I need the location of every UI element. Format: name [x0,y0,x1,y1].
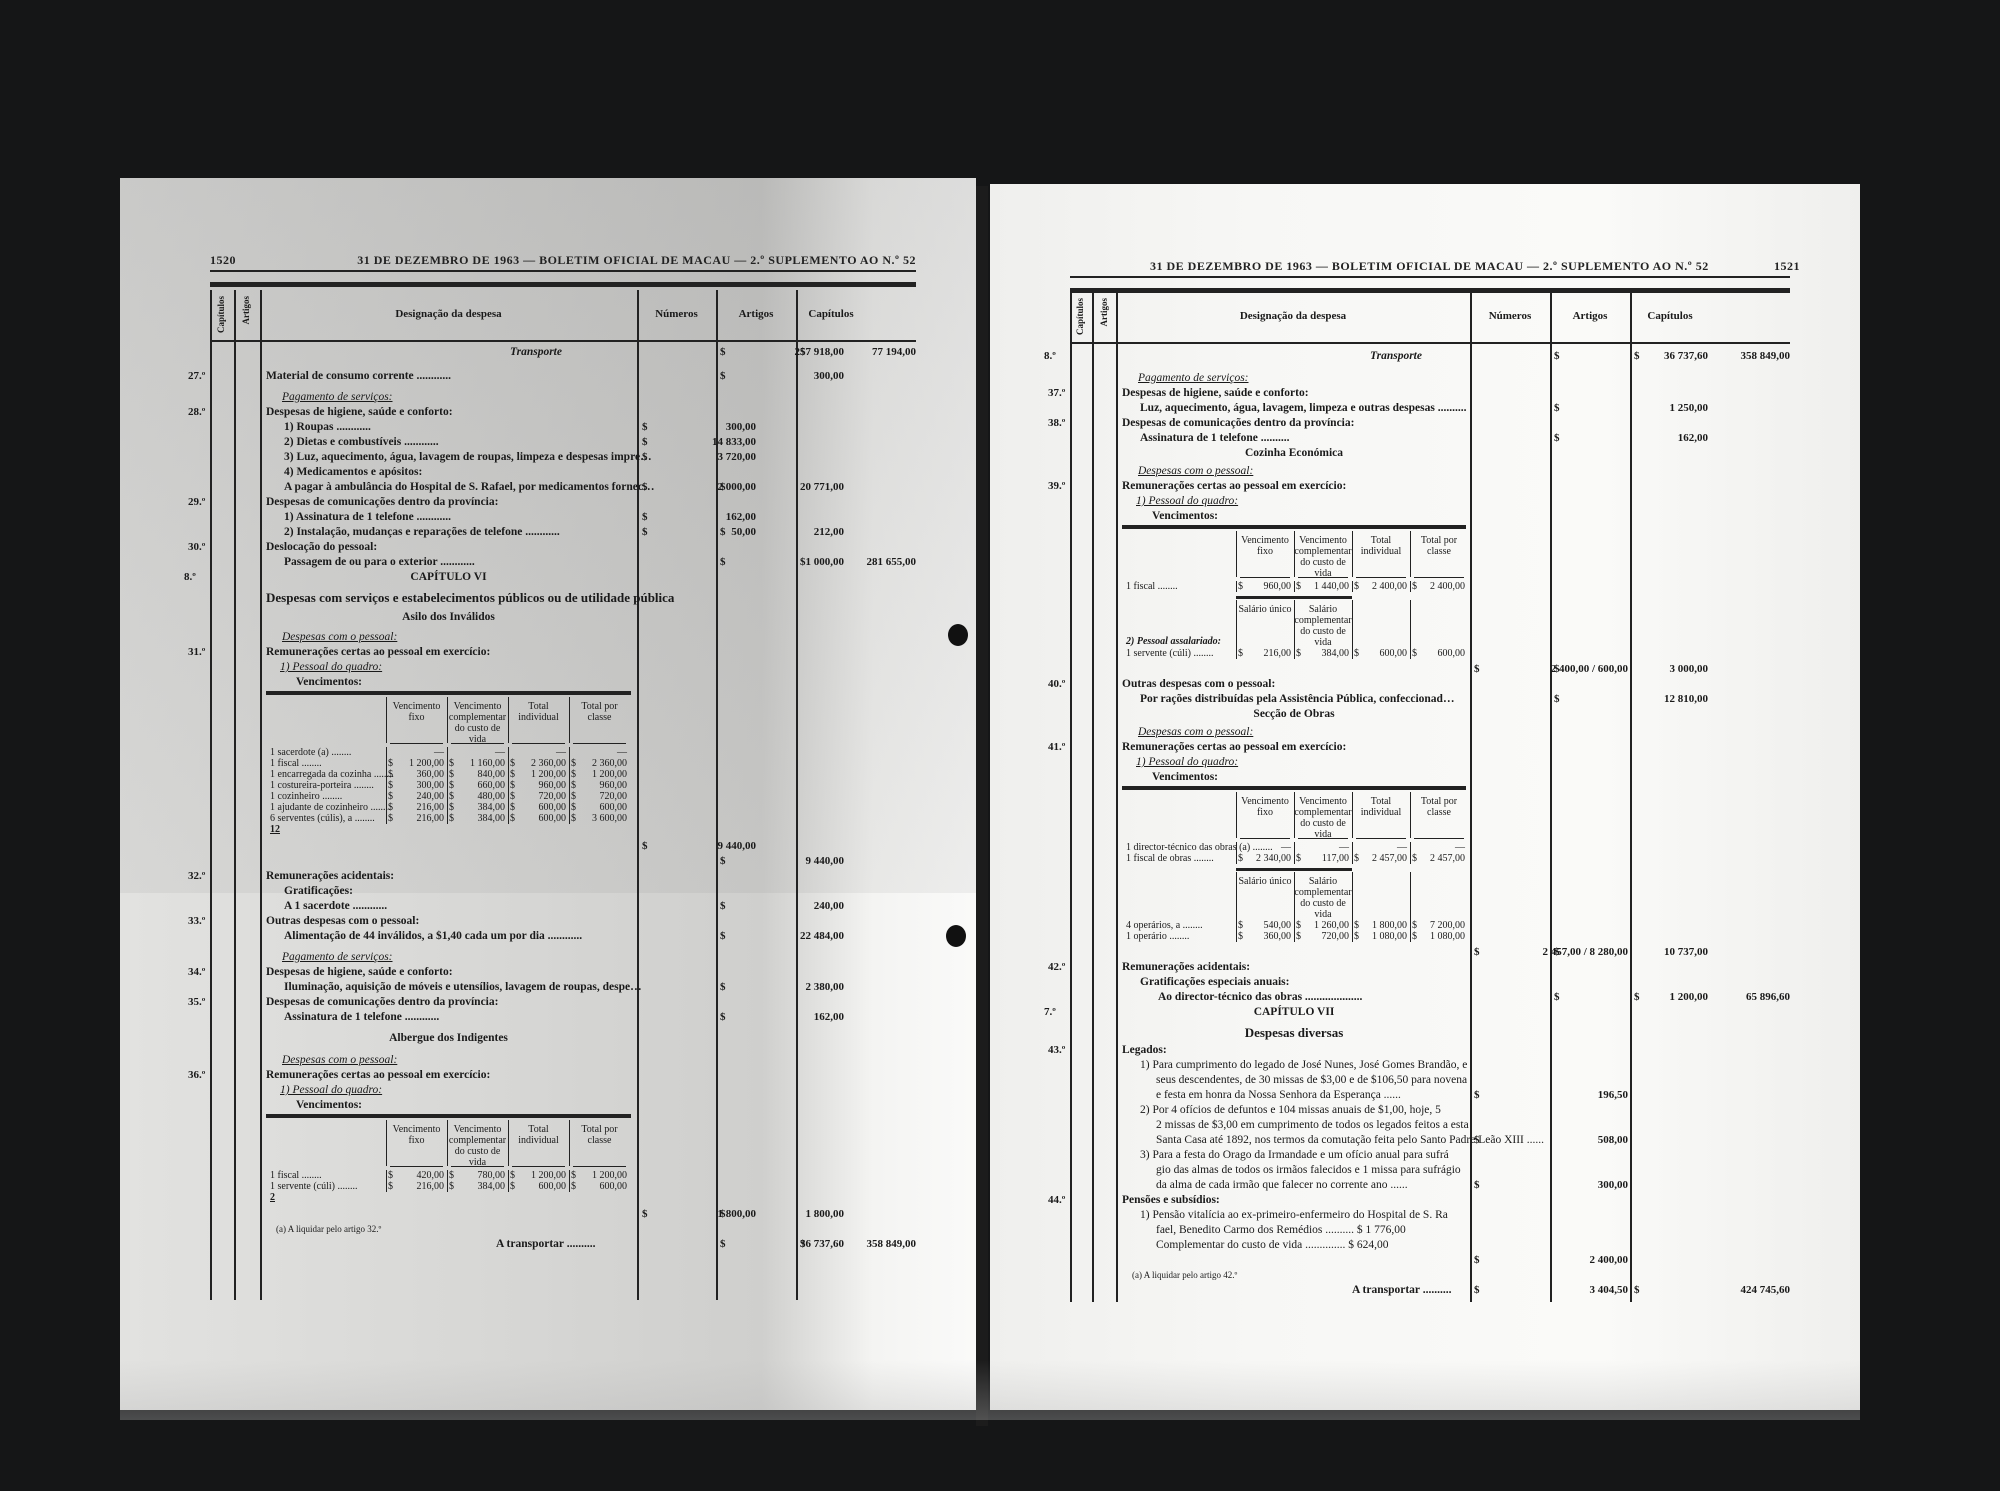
column-divider [447,802,448,813]
table-rule [1122,525,1466,529]
description: A 1 sacerdote ............ [284,900,387,913]
column-divider [386,697,387,743]
description: 2 missas de $3,00 em cumprimento de todo… [1156,1119,1469,1132]
artigos-amount: 2 380,00 [806,981,845,994]
column-divider [569,1120,570,1166]
article-number: 37.º [1048,387,1065,400]
dollar-sign: $ [1474,663,1480,676]
column-divider [508,780,509,791]
salary-indiv: 1 200,00 [508,1170,566,1181]
dollar-sign: $ [642,526,648,539]
column-divider [386,769,387,780]
description: Vencimentos: [1152,510,1218,523]
header-rule [1356,838,1406,839]
salary-fixo: 216,00 [1236,648,1291,659]
salary-fixo: — [1236,842,1291,853]
dollar-sign: $ [1474,1254,1480,1267]
column-divider [386,747,387,758]
header-rule [451,1166,504,1167]
salary-classe: — [1410,842,1465,853]
artigos-amount: 20 771,00 [800,481,844,494]
column-divider [386,1181,387,1192]
description: 4) Medicamentos e apósitos: [284,466,422,479]
column-header: Salário único [1236,604,1294,615]
dollar-sign: $ [1554,946,1560,959]
ledger-header: Capítulos Artigos Designação da despesa … [210,290,916,342]
salary-compl: 384,00 [447,802,505,813]
dollar-sign: $ [642,1208,648,1221]
header-rule [390,743,443,744]
salary-table: Vencimento fixoVencimento complementar d… [1122,525,1466,659]
salary-classe: 1 080,00 [1410,931,1465,942]
table-rule [266,691,631,695]
column-divider [1294,600,1295,648]
dollar-sign: $ [720,481,726,494]
column-divider [569,813,570,824]
description: Remunerações certas ao pessoal em exercí… [1122,741,1346,754]
dollar-sign: $ [642,511,648,524]
col-capitulos-amt: Capítulos [796,308,866,320]
staff-label: 1 servente (cúli) ........ [270,1181,357,1192]
artigos-amount: 1 800,00 [806,1208,845,1221]
column-divider [1410,581,1411,592]
description: Despesas com o pessoal: [282,631,397,644]
description: Por rações distribuídas pela Assistência… [1140,693,1454,706]
dollar-sign: $ [1554,432,1560,445]
description: 1) Pessoal do quadro: [280,1084,382,1097]
column-header: Salário único [1236,876,1294,887]
column-header: Total por classe [569,1124,630,1146]
numeros-amount: 300,00 [1598,1179,1628,1192]
header-rule [1356,577,1406,578]
dollar-sign: $ [1554,991,1560,1004]
article-number: 40.º [1048,678,1065,691]
numeros-amount: 14 833,00 [712,436,756,449]
description: Remunerações certas ao pessoal em exercí… [266,646,490,659]
numeros-amount: 3 404,50 [1590,1284,1629,1297]
header-title: 31 DE DEZEMBRO DE 1963 — BOLETIM OFICIAL… [357,253,916,268]
column-divider [1236,931,1237,942]
description: Passagem de ou para o exterior .........… [284,556,475,569]
column-divider [569,697,570,743]
column-divider [569,802,570,813]
column-divider [1236,581,1237,592]
article-number: 43.º [1048,1044,1065,1057]
column-divider [508,747,509,758]
column-divider [447,1181,448,1192]
column-divider [1236,648,1237,659]
column-divider [447,758,448,769]
description: Remunerações certas ao pessoal em exercí… [1122,480,1346,493]
column-divider [508,791,509,802]
article-number: 35.º [188,996,205,1009]
artigos-amount: 1 000,00 [806,556,845,569]
column-header: Vencimento complementar do custo de vida [447,701,508,745]
description: Legados: [1122,1044,1167,1057]
salary-fixo: 360,00 [1236,931,1291,942]
description: Despesas de comunicações dentro da proví… [266,496,498,509]
article-number: 39.º [1048,480,1065,493]
col-artigos: Artigos [241,296,251,325]
salary-fixo: 360,00 [386,769,444,780]
salary-indiv: — [1352,842,1407,853]
col-artigos-amt: Artigos [716,308,796,320]
dollar-sign: $ [642,451,648,464]
salary-compl: 117,00 [1294,853,1349,864]
description: Vencimentos: [296,1099,362,1112]
description: 1) Pessoal do quadro: [280,661,382,674]
salary-classe: 1 200,00 [569,1170,627,1181]
column-divider [1410,792,1411,838]
capitulos-amount: 65 896,60 [1746,991,1790,1004]
description: Gratificações: [284,885,353,898]
staff-label: 1 sacerdote (a) ........ [270,747,351,758]
staff-label: 1 encarregada da cozinha ........ [270,769,394,780]
description: da alma de cada irmão que falecer no cor… [1156,1179,1408,1192]
salary-fixo: 1 200,00 [386,758,444,769]
header-rule [573,1166,626,1167]
column-divider [1236,853,1237,864]
header-rule [1240,577,1290,578]
salary-fixo: 300,00 [386,780,444,791]
description: Asilo dos Inválidos [266,611,631,624]
dollar-sign: $ [1634,1284,1640,1297]
staff-label: 6 serventes (cúlis), a ........ [270,813,375,824]
column-divider [386,1170,387,1181]
staff-label: 1 ajudante de cozinheiro ........ [270,802,391,813]
description: Secção de Obras [1122,708,1466,721]
col-numeros: Números [637,308,716,320]
staff-label: 1 operário ........ [1126,931,1189,942]
salary-compl: 780,00 [447,1170,505,1181]
article-number: 29.º [188,496,205,509]
description: 3) Para a festa do Orago da Irmandade e … [1140,1149,1449,1162]
description: Despesas de higiene, saúde e conforto: [266,406,453,419]
salary-indiv: 2 457,00 [1352,853,1407,864]
salary-compl: — [1294,842,1349,853]
column-header: Total por classe [1410,796,1468,818]
artigos-amount: 162,00 [1678,432,1708,445]
chapter-number: 7.º [1044,1006,1056,1019]
description: Ao director-técnico das obras ..........… [1158,991,1362,1004]
description: Despesas com serviços e estabelecimentos… [266,591,631,604]
column-divider [386,758,387,769]
description: 1) Roupas ............ [284,421,371,434]
description: Despesas com o pessoal: [1138,726,1253,739]
column-divider [1294,842,1295,853]
artigos-amount: 1 250,00 [1670,402,1709,415]
salary-classe: — [569,747,627,758]
header-title: 31 DE DEZEMBRO DE 1963 — BOLETIM OFICIAL… [1150,259,1709,274]
column-divider [447,769,448,780]
article-number: 30.º [188,541,205,554]
numeros-amount: 300,00 [726,421,756,434]
salary-compl: 384,00 [447,813,505,824]
table-rule [1122,786,1466,790]
dollar-sign: $ [1474,1179,1480,1192]
dollar-sign: $ [642,840,648,853]
capitulos-amount: 358 849,00 [867,1238,917,1251]
staff-count: 12 [270,824,280,835]
description: (a) A liquidar pelo artigo 42.º [1132,1269,1237,1282]
salary-fixo: 240,00 [386,791,444,802]
description: Outras despesas com o pessoal: [266,915,419,928]
article-number: 33.º [188,915,205,928]
col-capitulos: Capítulos [1075,298,1085,335]
description: 2) Dietas e combustíveis ............ [284,436,439,449]
column-header: Total individual [1352,535,1410,557]
column-header: Vencimento fixo [1236,535,1294,557]
column-divider [1294,648,1295,659]
column-header: Total individual [1352,796,1410,818]
salary-classe: 3 600,00 [569,813,627,824]
column-divider [1410,931,1411,942]
salary-compl: 1 260,00 [1294,920,1349,931]
description: 1) Pessoal do quadro: [1136,495,1238,508]
dollar-sign: $ [720,981,726,994]
artigos-amount: 162,00 [814,1011,844,1024]
description: Luz, aquecimento, água, lavagem, limpeza… [1140,402,1466,415]
description: Complementar do custo de vida ..........… [1156,1239,1389,1252]
artigos-amount: 36 737,60 [800,1238,844,1251]
description: Despesas com o pessoal: [282,1054,397,1067]
salary-compl: 840,00 [447,769,505,780]
description: Remunerações acidentais: [266,870,394,883]
dollar-sign: $ [720,1011,726,1024]
column-header: Total por classe [569,701,630,723]
staff-count: 2 [270,1192,275,1203]
header-rule [1298,577,1348,578]
column-divider [1410,872,1411,920]
dollar-sign: $ [720,930,726,943]
salary-classe: 720,00 [569,791,627,802]
salary-indiv: 600,00 [1352,648,1407,659]
description: CAPÍTULO VI [266,571,631,584]
column-divider [1294,531,1295,577]
column-divider [1352,853,1353,864]
column-header: Vencimento fixo [386,1124,447,1146]
column-divider [569,780,570,791]
salary-indiv: 960,00 [508,780,566,791]
numeros-amount: 2 400,00 / 600,00 [1551,663,1628,676]
description: 2) Instalação, mudanças e reparações de … [284,526,560,539]
salary-compl: 720,00 [1294,931,1349,942]
header-rule [451,743,504,744]
artigos-amount: 240,00 [814,900,844,913]
artigos-amount: 1 200,00 [1670,991,1709,1004]
description: Pagamento de serviços: [282,391,393,404]
article-number: 36.º [188,1069,205,1082]
header-rule [573,743,626,744]
ledger-table: Capítulos Artigos Designação da despesa … [210,290,916,1300]
page-number: 1520 [210,253,236,268]
column-header: Total individual [508,701,569,723]
description: Material de consumo corrente ...........… [266,370,451,383]
column-divider [569,747,570,758]
description: Santa Casa até 1892, nos termos da comut… [1156,1134,1544,1147]
staff-label: 1 fiscal ........ [270,1170,322,1181]
salary-compl: — [447,747,505,758]
column-header: Salário complementar do custo de vida [1294,604,1352,648]
column-divider [1294,920,1295,931]
dollar-sign: $ [1474,1089,1480,1102]
header-rule [512,1166,565,1167]
column-divider [1236,531,1237,577]
description: Pagamento de serviços: [1138,372,1249,385]
header-rule [512,743,565,744]
description: Assinatura de 1 telefone ............ [284,1011,439,1024]
col-artigos: Artigos [1099,298,1109,327]
column-divider [1410,920,1411,931]
column-divider [1236,872,1237,920]
staff-label: 1 cozinheiro ........ [270,791,342,802]
description: Despesas diversas [1122,1026,1466,1039]
salary-compl: 1 160,00 [447,758,505,769]
header-rule [1240,838,1290,839]
column-divider [1294,581,1295,592]
description: 3) Luz, aquecimento, água, lavagem de ro… [284,451,652,464]
col-artigos-amt: Artigos [1550,310,1630,322]
dollar-sign: $ [1554,663,1560,676]
artigos-amount: 10 737,00 [1664,946,1708,959]
artigos-amount: 300,00 [814,370,844,383]
staff-label: 1 costureira-porteira ........ [270,780,374,791]
salary-compl: 480,00 [447,791,505,802]
salary-indiv: 720,00 [508,791,566,802]
staff-label: 1 fiscal de obras ........ [1126,853,1214,864]
description: Cozinha Económica [1122,447,1466,460]
binding-gutter [976,186,988,1426]
salary-fixo: 2 340,00 [1236,853,1291,864]
column-header: Salário complementar do custo de vida [1294,876,1352,920]
punch-hole [946,925,966,947]
numeros-amount: 162,00 [726,511,756,524]
salary-fixo: 216,00 [386,1181,444,1192]
salary-classe: 2 457,00 [1410,853,1465,864]
page-number: 1521 [1774,259,1800,274]
salary-table: Vencimento fixoVencimento complementar d… [266,691,631,836]
salary-classe: 600,00 [569,802,627,813]
column-divider [1410,842,1411,853]
column-divider [1352,581,1353,592]
column-divider [386,813,387,824]
description: 1) Para cumprimento do legado de José Nu… [1140,1059,1467,1072]
dollar-sign: $ [1554,402,1560,415]
description: gio das almas de todos os irmãos falecid… [1156,1164,1461,1177]
salary-compl: 384,00 [1294,648,1349,659]
column-divider [508,1170,509,1181]
chapter-number: 8.º [184,571,196,584]
header-rule [1298,838,1348,839]
article-number: 41.º [1048,741,1065,754]
column-header: Vencimento fixo [1236,796,1294,818]
column-divider [1352,842,1353,853]
description: 1) Pensão vitalícia ao ex-primeiro-enfer… [1140,1209,1448,1222]
description: Vencimentos: [296,676,362,689]
column-divider [386,780,387,791]
salary-fixo: 960,00 [1236,581,1291,592]
description: A pagar à ambulância do Hospital de S. R… [284,481,654,494]
salary-fixo: 216,00 [386,802,444,813]
column-divider [569,1170,570,1181]
running-header: 1520 31 DE DEZEMBRO DE 1963 — BOLETIM OF… [210,253,916,268]
column-divider [386,1120,387,1166]
column-divider [1294,931,1295,942]
dollar-sign: $ [1474,1284,1480,1297]
ledger-header: Capítulos Artigos Designação da despesa … [1070,292,1790,344]
salary-compl: 384,00 [447,1181,505,1192]
column-header: Vencimento complementar do custo de vida [447,1124,508,1168]
description: Vencimentos: [1152,771,1218,784]
scan-shadow [120,1360,1860,1420]
header-rule [1414,838,1464,839]
column-divider [508,697,509,743]
column-divider [1410,531,1411,577]
column-divider [1294,872,1295,920]
column-divider [508,1181,509,1192]
description: Remunerações certas ao pessoal em exercí… [266,1069,490,1082]
description: e festa em honra da Nossa Senhora da Esp… [1156,1089,1401,1102]
description: 1) Pessoal do quadro: [1136,756,1238,769]
dollar-sign: $ [720,526,726,539]
header-rule [1414,577,1464,578]
column-divider [1236,920,1237,931]
staff-label: 1 fiscal ........ [1126,581,1178,592]
dollar-sign: $ [1474,1134,1480,1147]
article-number: 34.º [188,966,205,979]
numeros-amount: 196,50 [1598,1089,1628,1102]
numeros-amount: 3 720,00 [718,451,757,464]
salary-indiv: 2 400,00 [1352,581,1407,592]
salary-classe: 600,00 [569,1181,627,1192]
salary-classe: 2 360,00 [569,758,627,769]
salary-indiv: 600,00 [508,813,566,824]
salary-fixo: 540,00 [1236,920,1291,931]
salary-table: Vencimento fixoVencimento complementar d… [1122,786,1466,942]
description: Pagamento de serviços: [282,951,393,964]
description: A transportar .......... [1352,1284,1451,1297]
dollar-sign: $ [642,481,648,494]
description: (a) A liquidar pelo artigo 32.º [276,1223,381,1236]
dollar-sign: $ [1554,693,1560,706]
header-rule [210,270,916,287]
col-capitulos-amt: Capítulos [1630,310,1710,322]
column-divider [569,758,570,769]
header-rule [1070,276,1790,293]
dollar-sign: $ [720,855,726,868]
column-divider [386,802,387,813]
header-rule [390,1166,443,1167]
column-divider [508,769,509,780]
artigos-amount: 3 000,00 [1670,663,1709,676]
staff-label: 4 operários, a ........ [1126,920,1203,931]
salary-indiv: — [508,747,566,758]
column-divider [1352,872,1353,920]
column-divider [447,791,448,802]
description: Albergue dos Indigentes [266,1032,631,1045]
column-divider [1410,853,1411,864]
salary-classe: 960,00 [569,780,627,791]
column-header: Vencimento complementar do custo de vida [1294,796,1352,840]
column-divider [1410,600,1411,648]
description: Despesas de higiene, saúde e conforto: [266,966,453,979]
artigos-amount: 9 440,00 [806,855,845,868]
left-page: 1520 31 DE DEZEMBRO DE 1963 — BOLETIM OF… [120,178,976,1410]
column-header: Vencimento fixo [386,701,447,723]
description: Despesas de comunicações dentro da proví… [266,996,498,1009]
staff-label: 1 servente (cúli) ........ [1126,648,1213,659]
column-divider [386,791,387,802]
